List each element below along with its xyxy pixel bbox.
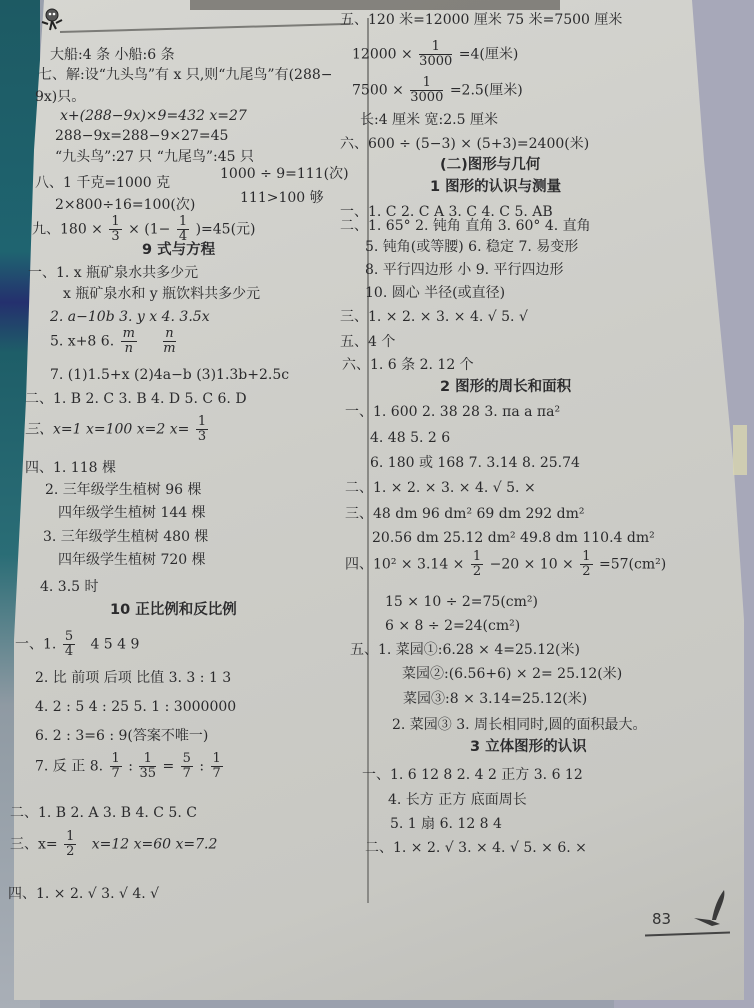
section-heading: 10 正比例和反比例	[110, 600, 237, 620]
text-line: x+(288−9x)×9=432 x=27	[60, 106, 247, 126]
text-line: 4. 48 5. 2 6	[370, 428, 450, 448]
text-line: 二、1. × 2. × 3. × 4. √ 5. ×	[345, 478, 536, 498]
text-line: 四年级学生植树 144 棵	[58, 503, 206, 523]
text-line: 2. a−10b 3. y x 4. 3.5x	[50, 307, 210, 327]
text-line: 6 × 8 ÷ 2=24(cm²)	[385, 616, 520, 636]
text-line: 六、1. 6 条 2. 12 个	[342, 355, 474, 375]
text-line: 三、48 dm 96 dm² 69 dm 292 dm²	[345, 504, 585, 524]
text-line: 六、600 ÷ (5−3) × (5+3)=2400(米)	[340, 134, 589, 154]
text-line: 4. 长方 正方 底面周长	[388, 790, 527, 810]
formula-line: 一、1. 54 4 5 4 9	[15, 630, 139, 659]
sticky-tab	[733, 425, 747, 475]
text-line: 一、1. 600 2. 38 28 3. πa a πa²	[345, 402, 560, 422]
text-line: 四、1. × 2. √ 3. √ 4. √	[8, 884, 159, 904]
text-line: x 瓶矿泉水和 y 瓶饮料共多少元	[63, 284, 260, 304]
fraction: mn	[121, 327, 137, 356]
formula-line: 5. x+8 6. mn nm	[50, 327, 178, 356]
formula-line: 三、x= 12 x=12 x=60 x=7.2	[10, 830, 217, 859]
text-line: 10. 圆心 半径(或直径)	[365, 283, 505, 303]
text-line: 4. 2 : 5 4 : 25 5. 1 : 3000000	[35, 697, 236, 717]
text-line: 4. 3.5 时	[40, 577, 99, 597]
fraction: 17	[211, 752, 223, 781]
text-line: 二、1. × 2. √ 3. × 4. √ 5. × 6. ×	[365, 838, 587, 858]
fraction: 12	[471, 550, 483, 579]
fraction: 12	[580, 550, 592, 579]
text-line: 5. 钝角(或等腰) 6. 稳定 7. 易变形	[365, 237, 578, 257]
text-line: 1000 ÷ 9=111(次)	[220, 164, 349, 184]
text-line: 大船:4 条 小船:6 条	[50, 45, 175, 65]
mascot-icon	[38, 6, 68, 34]
text-line: 2. 菜园③ 3. 周长相同时,圆的面积最大。	[392, 715, 647, 735]
text-line: 111>100 够	[240, 188, 324, 208]
formula-line: 四、10² × 3.14 × 12 −20 × 10 × 12 =57(cm²)	[345, 550, 666, 579]
text-line: 三、1. × 2. × 3. × 4. √ 5. √	[340, 307, 528, 327]
formula-line: 7. 反 正 8. 17 : 135 = 57 : 17	[35, 752, 225, 781]
text-line: 菜园②:(6.56+6) × 2= 25.12(米)	[402, 664, 622, 684]
text-line: 菜园③:8 × 3.14=25.12(米)	[403, 689, 587, 709]
text-line: 5. 1 扇 6. 12 8 4	[390, 814, 502, 834]
formula-line: 7500 × 13000 =2.5(厘米)	[352, 76, 523, 105]
text-line: 20.56 dm 25.12 dm² 49.8 dm 110.4 dm²	[372, 528, 655, 548]
section-heading: (二)图形与几何	[440, 155, 540, 175]
text-line: 五、4 个	[340, 332, 395, 352]
text-line: 6. 180 或 168 7. 3.14 8. 25.74	[370, 453, 580, 473]
section-heading: 3 立体图形的认识	[470, 737, 587, 757]
text-line: 8. 平行四边形 小 9. 平行四边形	[365, 260, 564, 280]
text-line: 一、1. 6 12 8 2. 4 2 正方 3. 6 12	[362, 765, 583, 785]
fraction: 13000	[419, 40, 452, 69]
top-binding-strip	[190, 0, 560, 10]
fraction: 13	[196, 415, 208, 444]
text-line: 七、解:设“九头鸟”有 x 只,则“九尾鸟”有(288−	[38, 65, 333, 85]
text-line: 二、1. B 2. A 3. B 4. C 5. C	[10, 803, 197, 823]
text-line: 五、1. 菜园①:6.28 × 4=25.12(米)	[350, 640, 580, 660]
formula-line: 三、x=1 x=100 x=2 x= 13	[25, 415, 210, 444]
fraction: nm	[163, 327, 175, 356]
text-line: 15 × 10 ÷ 2=75(cm²)	[385, 592, 538, 612]
text-line: 五、120 米=12000 厘米 75 米=7500 厘米	[340, 10, 622, 30]
fraction: 17	[110, 752, 122, 781]
text-line: 八、1 千克=1000 克	[35, 173, 170, 193]
text-line: 二、1. 65° 2. 钝角 直角 3. 60° 4. 直角	[340, 216, 591, 236]
text-line: 2. 三年级学生植树 96 棵	[45, 480, 202, 500]
section-heading: 1 图形的认识与测量	[430, 177, 561, 197]
formula-line: 12000 × 13000 =4(厘米)	[352, 40, 518, 69]
text-line: 3. 三年级学生植树 480 棵	[43, 527, 208, 547]
fraction: 54	[63, 630, 75, 659]
text-line: 2. 比 前项 后项 比值 3. 3 : 1 3	[35, 668, 231, 688]
fraction: 13	[109, 215, 121, 244]
fraction: 57	[181, 752, 193, 781]
fraction: 13000	[410, 76, 443, 105]
text-line: 288−9x=288−9×27=45	[55, 126, 228, 146]
fraction: 135	[139, 752, 156, 781]
text-line: 长:4 厘米 宽:2.5 厘米	[360, 110, 498, 130]
text-line: 6. 2 : 3=6 : 9(答案不唯一)	[35, 726, 208, 746]
page-number: 83	[652, 910, 671, 928]
text-line: 9x)只。	[35, 87, 85, 107]
text-line: 四年级学生植树 720 棵	[58, 550, 206, 570]
quill-pen-icon	[690, 888, 730, 934]
section-heading: 2 图形的周长和面积	[440, 377, 571, 397]
fraction: 12	[64, 830, 76, 859]
text-line: 二、1. B 2. C 3. B 4. D 5. C 6. D	[25, 389, 247, 409]
text-line: 四、1. 118 棵	[25, 458, 116, 478]
section-heading: 9 式与方程	[142, 240, 215, 260]
text-line: 7. (1)1.5+x (2)4a−b (3)1.3b+2.5c	[50, 365, 289, 385]
text-line: 2×800÷16=100(次)	[55, 195, 195, 215]
text-line: 一、1. x 瓶矿泉水共多少元	[28, 263, 198, 283]
